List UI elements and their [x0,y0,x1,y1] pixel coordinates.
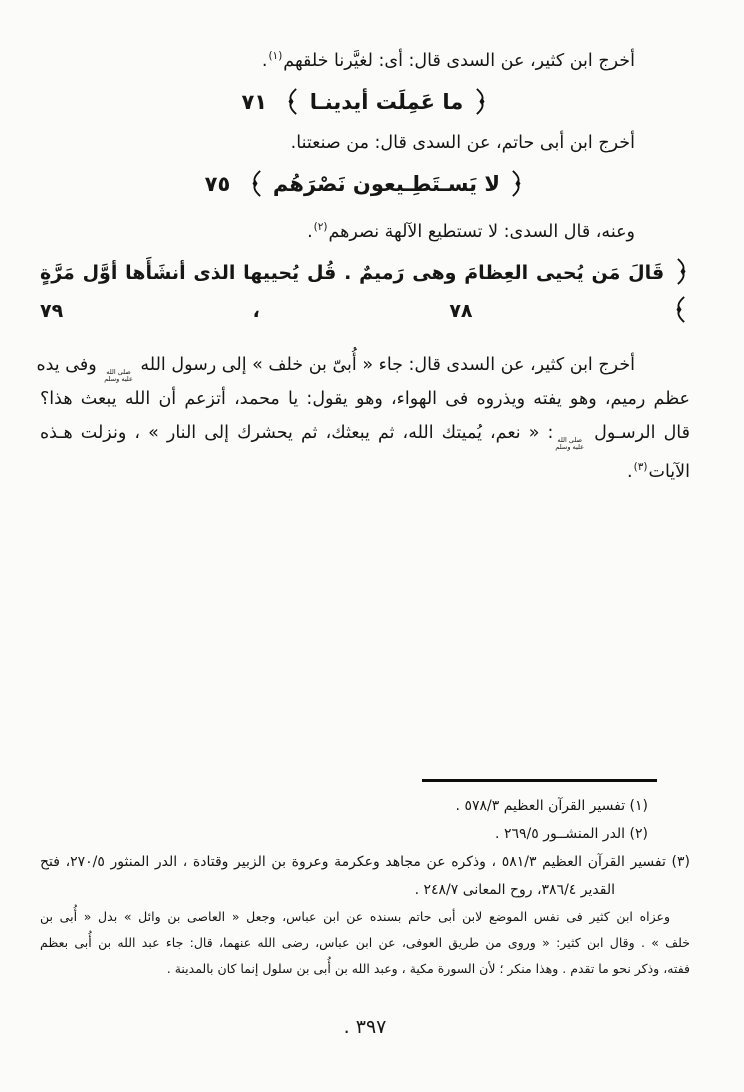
prophet-honorific-medallion: صلى اللهعليه وسلم [555,437,584,450]
verse-bracket-open-icon [474,88,486,115]
narration-text: وعنه، قال السدى: لا تستطيع الآلهة نصرهم [329,222,635,242]
verse-number: ٧١ [241,90,267,114]
sentence-period: . [262,51,268,71]
verse-bracket-open-icon [510,170,522,197]
verse-bracket-close-icon [287,88,299,115]
footnote-3-line-2: القدير ٣٨٦/٤، روح المعانى ٢٤٨/٧ . [40,876,690,904]
footnote-ref-1: (١) [268,50,282,62]
narration-paragraph: أخرج ابن كثير، عن السدى قال: جاء « أُبىّ… [40,348,690,489]
footnote-3-note-line-3: ففته، وذكر نحو ما تقدم . وهذا منكر ؛ لأن… [40,956,690,982]
verse-bracket-close-icon [251,170,263,197]
footnote-ref-2: (٢) [314,221,328,233]
quran-verse-1: ما عَمِلَت أيدينـا ٧١ [40,83,690,121]
paragraph-text: الآيات [648,462,690,482]
verse-text: ما عَمِلَت أيدينـا [310,90,463,114]
footnote-2: (٢) الدر المنشــور ٢٦٩/٥ . [40,820,690,848]
verse-text: لا يَسـتَطِـيعون نَصْرَهُم [273,172,500,196]
paragraph-line-2: عظم رميم، وهو يفته ويذروه فى الهواء، وهو… [40,382,690,416]
paragraph-line-4: الآيات(٣). [40,450,690,489]
verse-number: ٧٥ [205,172,231,196]
quran-verse-2: لا يَسـتَطِـيعون نَصْرَهُم ٧٥ [40,165,690,203]
body-text: أخرج ابن كثير، عن السدى قال: أى: لغيَّرن… [40,40,690,489]
footnote-ref-3: (٣) [634,461,648,473]
footnote-1: (١) تفسير القرآن العظيم ٥٧٨/٣ . [40,792,690,820]
paragraph-line-1: أخرج ابن كثير، عن السدى قال: جاء « أُبىّ… [40,348,690,382]
narration-text: أخرج ابن كثير، عن السدى قال: أى: لغيَّرن… [283,51,635,71]
verse-bracket-close-icon [675,296,687,323]
quran-verse-3: قَالَ مَن يُحيى العِظامَ وهى رَميمٌ . قُ… [40,254,690,330]
footnote-3-line-1: (٣) تفسير القرآن العظيم ٥٨١/٣ ، وذكره عن… [40,848,690,876]
paragraph-text: قال الرسـول [594,423,690,443]
narration-line-1: أخرج ابن كثير، عن السدى قال: أى: لغيَّرن… [40,40,690,77]
honorific-text: عليه وسلم [555,444,584,451]
prophet-honorific-medallion: صلى اللهعليه وسلم [104,369,133,382]
narration-line-3: وعنه، قال السدى: لا تستطيع الآلهة نصرهم(… [40,211,690,248]
narration-line-2: أخرج ابن أبى حاتم، عن السدى قال: من صنعت… [40,127,690,159]
page-number: ٣٩٧ . [40,1016,690,1038]
paragraph-text: : « نعم، يُميتك الله، ثم يبعثك، ثم يحشرك… [40,423,553,443]
sentence-period: . [627,462,633,482]
paragraph-text: وفى يده [36,355,96,375]
verse-text: قَالَ مَن يُحيى العِظامَ وهى رَميمٌ . قُ… [40,262,664,284]
footnotes-separator [422,779,657,782]
narration-text: أخرج ابن أبى حاتم، عن السدى قال: من صنعت… [291,133,635,153]
footnote-3-note-line-2: خلف » . وقال ابن كثير: « وروى من طريق ال… [40,930,690,956]
scanned-book-page: أخرج ابن كثير، عن السدى قال: أى: لغيَّرن… [0,0,744,1092]
footnote-3-note-line-1: وعزاه ابن كثير فى نفس الموضع لابن أبى حا… [40,904,690,930]
sentence-period: . [307,222,313,242]
paragraph-text: أخرج ابن كثير، عن السدى قال: جاء « أُبىّ… [140,355,635,375]
paragraph-line-3: قال الرسـول صلى اللهعليه وسلم: « نعم، يُ… [40,416,690,450]
paragraph-text: عظم رميم، وهو يفته ويذروه فى الهواء، وهو… [40,389,690,409]
footnotes-section: (١) تفسير القرآن العظيم ٥٧٨/٣ . (٢) الدر… [40,779,690,982]
verse-number: ٧٨ ، ٧٩ [40,300,473,322]
verse-bracket-open-icon [675,258,687,285]
